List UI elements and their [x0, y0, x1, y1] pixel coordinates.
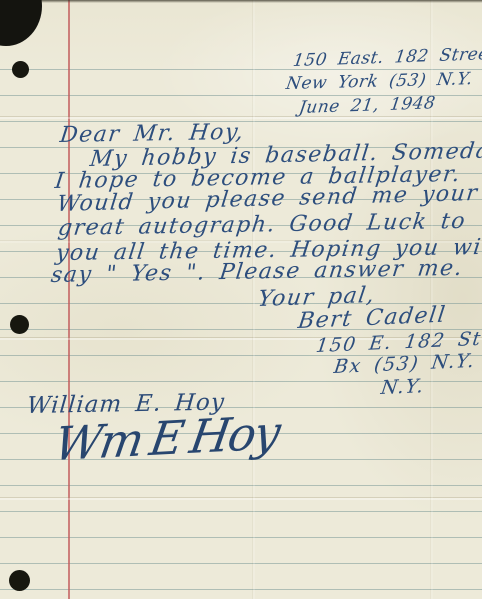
sender-signature-address-3: N.Y. — [380, 377, 426, 398]
scan-edge-shadow — [0, 0, 482, 3]
punch-hole-bottom — [9, 570, 30, 591]
punch-hole-top — [12, 61, 29, 78]
red-margin-line — [68, 0, 70, 599]
fold-crease-vertical-left — [252, 0, 255, 599]
fold-crease-horizontal-bottom — [0, 497, 482, 501]
scanned-letter: 150 East. 182 Street New York (53) N.Y. … — [0, 0, 482, 599]
sender-address-line-2: New York (53) N.Y. — [285, 71, 474, 93]
salutation: Dear Mr. Hoy, — [59, 122, 246, 147]
hoy-autograph-signature: Wm E Hoy — [51, 409, 282, 467]
punch-hole-middle — [10, 315, 29, 334]
date-line: June 21, 1948 — [298, 95, 437, 117]
